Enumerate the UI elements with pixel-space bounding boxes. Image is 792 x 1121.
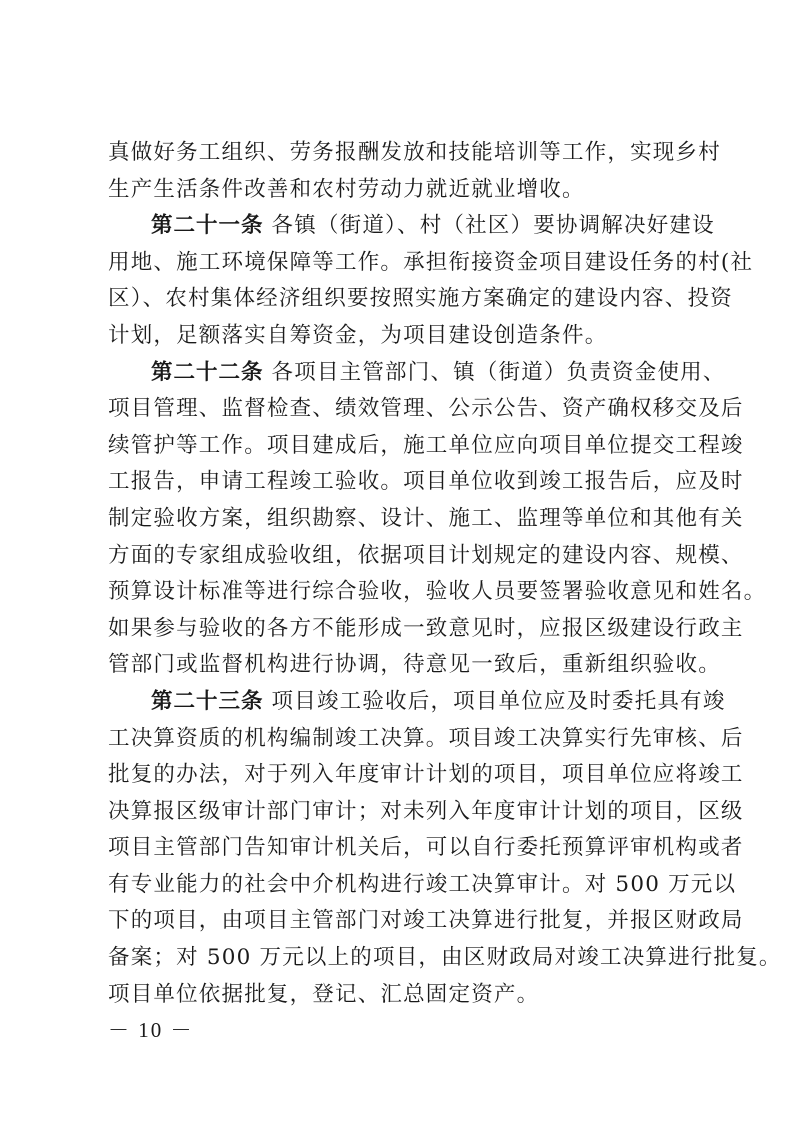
text-line: 预算设计标准等进行综合验收，验收人员要签署验收意见和姓名。 xyxy=(108,574,692,611)
article-number: 第二十一条 xyxy=(151,213,264,238)
text-line: 决算报区级审计部门审计；对未列入年度审计计划的项目，区级 xyxy=(108,794,692,831)
paragraph-continuation: 真做好务工组织、劳务报酬发放和技能培训等工作，实现乡村 生产生活条件改善和农村劳… xyxy=(108,135,692,208)
text-line: 工报告，申请工程竣工验收。项目单位收到竣工报告后，应及时 xyxy=(108,464,692,501)
text-line: 制定验收方案，组织勘察、设计、施工、监理等单位和其他有关 xyxy=(108,501,692,538)
text-line: 项目管理、监督检查、绩效管理、公示公告、资产确权移交及后 xyxy=(108,391,692,428)
text-line: 如果参与验收的各方不能形成一致意见时，应报区级建设行政主 xyxy=(108,611,692,648)
text-line: 备案；对 500 万元以上的项目，由区财政局对竣工决算进行批复。 xyxy=(108,940,692,977)
paragraph-article-21: 第二十一条 各镇（街道）、村（社区）要协调解决好建设 用地、施工环境保障等工作。… xyxy=(108,208,692,354)
text-line: 区）、农村集体经济组织要按照实施方案确定的建设内容、投资 xyxy=(108,281,692,318)
text-line: 方面的专家组成验收组，依据项目计划规定的建设内容、规模、 xyxy=(108,538,692,575)
text-line: 续管护等工作。项目建成后，施工单位应向项目单位提交工程竣 xyxy=(108,428,692,465)
text-line: 计划，足额落实自筹资金，为项目建设创造条件。 xyxy=(108,318,692,355)
text-line: 第二十三条 项目竣工验收后，项目单位应及时委托具有竣 xyxy=(108,684,692,721)
text-line: 第二十二条 各项目主管部门、镇（街道）负责资金使用、 xyxy=(108,355,692,392)
text-line-rest: 项目竣工验收后，项目单位应及时委托具有竣 xyxy=(264,689,726,714)
paragraph-article-23: 第二十三条 项目竣工验收后，项目单位应及时委托具有竣 工决算资质的机构编制竣工决… xyxy=(108,684,692,1013)
paragraph-article-22: 第二十二条 各项目主管部门、镇（街道）负责资金使用、 项目管理、监督检查、绩效管… xyxy=(108,355,692,684)
text-line: 第二十一条 各镇（街道）、村（社区）要协调解决好建设 xyxy=(108,208,692,245)
text-line: 工决算资质的机构编制竣工决算。项目竣工决算实行先审核、后 xyxy=(108,721,692,758)
text-line-rest: 各镇（街道）、村（社区）要协调解决好建设 xyxy=(264,213,715,238)
text-line: 管部门或监督机构进行协调，待意见一致后，重新组织验收。 xyxy=(108,647,692,684)
text-line: 用地、施工环境保障等工作。承担衔接资金项目建设任务的村(社 xyxy=(108,245,692,282)
article-number: 第二十二条 xyxy=(151,360,264,385)
article-number: 第二十三条 xyxy=(151,689,264,714)
text-line: 生产生活条件改善和农村劳动力就近就业增收。 xyxy=(108,172,692,209)
page-number: － 10 － xyxy=(108,1014,194,1044)
text-line: 下的项目，由项目主管部门对竣工决算进行批复，并报区财政局 xyxy=(108,903,692,940)
text-line-rest: 各项目主管部门、镇（街道）负责资金使用、 xyxy=(264,360,726,385)
text-line: 有专业能力的社会中介机构进行竣工决算审计。对 500 万元以 xyxy=(108,867,692,904)
text-line: 项目主管部门告知审计机关后，可以自行委托预算评审机构或者 xyxy=(108,830,692,867)
document-body: 真做好务工组织、劳务报酬发放和技能培训等工作，实现乡村 生产生活条件改善和农村劳… xyxy=(108,135,692,1013)
text-line: 项目单位依据批复，登记、汇总固定资产。 xyxy=(108,977,692,1014)
text-line: 真做好务工组织、劳务报酬发放和技能培训等工作，实现乡村 xyxy=(108,135,692,172)
text-line: 批复的办法，对于列入年度审计计划的项目，项目单位应将竣工 xyxy=(108,757,692,794)
